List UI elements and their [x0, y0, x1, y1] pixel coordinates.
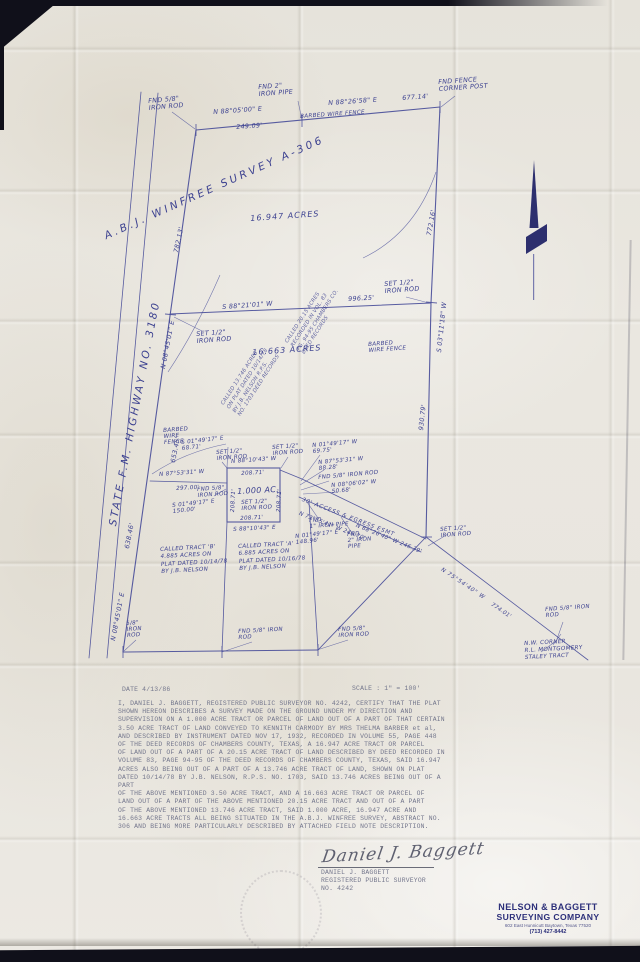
stamp-company-type: SURVEYING COMPANY [468, 912, 628, 922]
label-square-distance-south: 208.71' [240, 515, 264, 522]
label-fence-mid-right: BARBED WIRE FENCE [368, 339, 407, 354]
label-found-rod-bottom-right: FND 5/8" IRON ROD [338, 625, 370, 639]
label-tract-b-note: CALLED TRACT 'B' 4.885 ACRES ON PLAT DAT… [160, 544, 228, 577]
label-set-rod-square-center: SET 1/2" IRON ROD [241, 498, 273, 512]
scanned-survey-plat: { "colors": { "ink": "#3c4190", "paper":… [0, 0, 640, 962]
tract-b-division [222, 522, 227, 652]
label-found-rod-square-west: FND 5/8" IRON ROD [197, 485, 229, 500]
southeast-boundary [318, 537, 426, 650]
label-rod-bottom-left: 5/8" IRON ROD [126, 620, 143, 640]
signature-title: REGISTERED PUBLIC SURVEYOR [321, 877, 426, 885]
east-boundary-upper [431, 107, 440, 303]
south-boundary [123, 650, 318, 652]
label-square-distance-west: 208.71' [230, 489, 237, 513]
easement-north-connector [280, 470, 302, 479]
stamp-address: 602 East Hunnicutt Baytown, Texas 77520 [468, 923, 628, 928]
signature-name: DANIEL J. BAGGETT [321, 869, 390, 877]
label-square-distance-east: 208.71' [276, 489, 283, 513]
photo-edge-left [0, 0, 4, 130]
east-boundary-lower [426, 303, 431, 537]
label-found-pipe-top: FND 2" IRON PIPE [258, 82, 293, 98]
cert-scale: SCALE : 1" = 100' [352, 685, 421, 693]
label-tract-a-note: CALLED TRACT 'A' 6.885 ACRES ON PLAT DAT… [238, 541, 306, 574]
label-found-rod-bottom-mid: FND 5/8" IRON ROD [238, 627, 283, 642]
label-set-rod-mid-right: SET 1/2" IRON ROD [384, 279, 420, 295]
stamp-company-name: NELSON & BAGGETT [468, 902, 628, 912]
company-stamp: NELSON & BAGGETT SURVEYING COMPANY 602 E… [468, 902, 628, 935]
label-distance-297: 297.00' [176, 485, 200, 492]
stamp-phone: (713) 427-8442 [468, 929, 628, 935]
west-tie-297 [150, 481, 227, 483]
label-nw-corner-note: N.W. CORNER R.L. MONTGOMERY STALEY TRACT [524, 638, 583, 662]
label-set-rod-mid-left: SET 1/2" IRON ROD [196, 329, 232, 345]
signature-underline [318, 867, 434, 868]
paper-edge-shadow-bottom [0, 938, 640, 946]
signature-number: NO. 4242 [321, 885, 353, 893]
north-arrow-icon [526, 160, 547, 300]
mid-division-line [170, 303, 431, 314]
cert-date: DATE 4/13/86 [122, 686, 170, 694]
photo-edge-top [0, 0, 640, 6]
label-square-distance-north: 208.71' [241, 470, 265, 477]
label-set-rod-southeast: SET 1/2" IRON ROD [440, 525, 472, 540]
label-distance-mid: 996.25' [348, 295, 375, 303]
label-set-rod-square-ne: SET 1/2" IRON ROD [272, 443, 304, 458]
cert-body-text: I, DANIEL J. BAGGETT, REGISTERED PUBLIC … [118, 700, 456, 831]
